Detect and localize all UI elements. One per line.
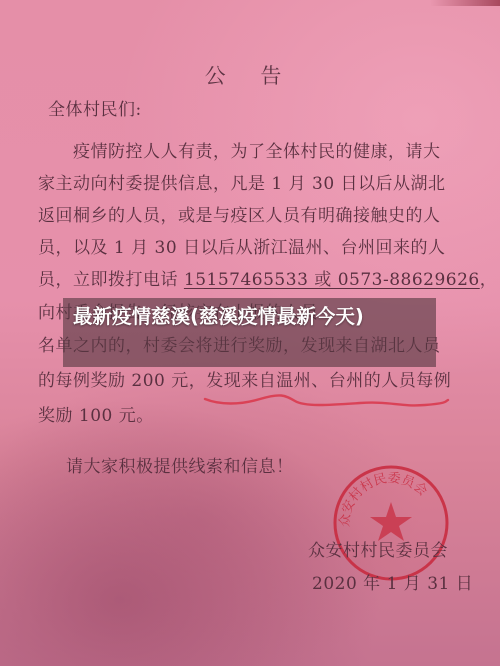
red-pen-underline [200, 393, 450, 411]
phone-prefix: 员，立即拨打电话 [38, 270, 184, 290]
body-line-phone: 员，立即拨打电话 15157465533 或 0573-88629626， [38, 265, 497, 290]
phone-suffix: ， [480, 270, 498, 290]
signature: 众安村村民委员会 [308, 536, 448, 561]
headline-title: 最新疫情慈溪(慈溪疫情最新今天) [73, 302, 433, 332]
body-line: 的每例奖励 200 元，发现来自温州、台州的人员每例 [38, 366, 451, 391]
paper-edge-shadow [430, 0, 500, 6]
body-line: 员，以及 1 月 30 日以后从浙江温州、台州回来的人 [38, 233, 446, 258]
body-line: 奖励 100 元。 [38, 401, 154, 426]
official-seal-icon: 众安村村民委员会 [330, 462, 452, 584]
notice-greeting: 全体村民们: [48, 95, 142, 120]
closing-line: 请大家积极提供线索和信息！ [66, 452, 294, 477]
body-line: 返回桐乡的人员，或是与疫区人员有明确接触史的人 [38, 201, 441, 226]
body-line: 家主动向村委提供信息，凡是 1 月 30 日以后从湖北 [38, 169, 446, 194]
headline-overlay: 最新疫情慈溪(慈溪疫情最新今天) [63, 298, 436, 367]
phone-numbers: 15157465533 或 0573-88629626 [184, 270, 480, 290]
body-line: 疫情防控人人有责，为了全体村民的健康，请大 [38, 137, 441, 162]
notice-title: 公 告 [0, 60, 500, 90]
notice-date: 2020 年 1 月 31 日 [312, 569, 473, 594]
